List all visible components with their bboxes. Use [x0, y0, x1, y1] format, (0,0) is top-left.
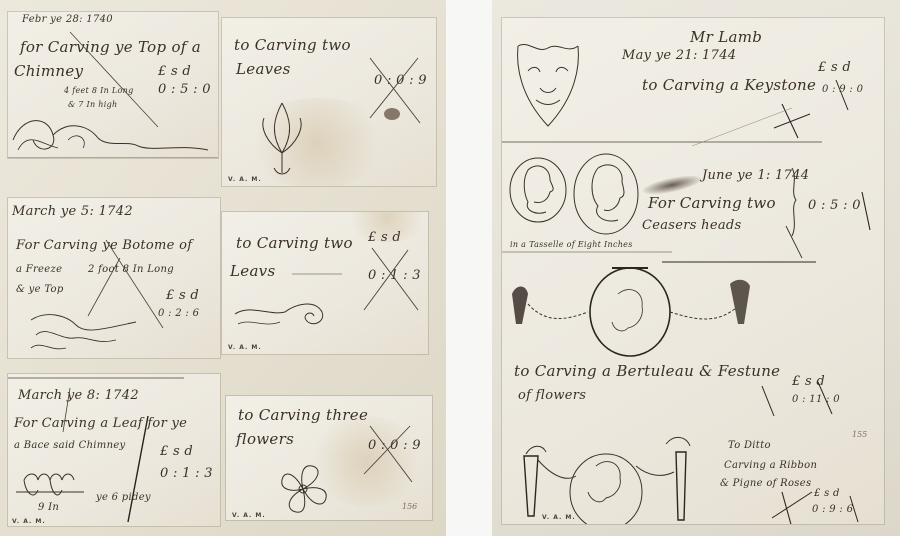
cancellation-cross-icon	[502, 358, 884, 418]
museum-stamp: V. A. M.	[228, 176, 262, 183]
medallion-festoon-sketch-icon	[506, 264, 776, 364]
scrollwork-sketch-icon	[26, 310, 146, 355]
museum-stamp: V. A. M.	[228, 344, 262, 351]
brace-and-cancellation-icon	[502, 148, 884, 268]
museum-stamp: V. A. M.	[12, 518, 46, 525]
ornament-sketch-icon	[14, 470, 94, 510]
account-slip-4: to Carving two Leavs £ s d 0 : 1 : 3 V. …	[222, 212, 428, 354]
cancellation-strokes-icon	[502, 18, 884, 148]
museum-stamp: V. A. M.	[232, 512, 266, 519]
cancellation-cross-icon	[502, 418, 884, 524]
scroll-volute-sketch-icon	[230, 294, 330, 334]
account-slip-2: to Carving two Leaves 0 : 0 : 9 V. A. M.	[222, 18, 436, 186]
scrollwork-sketch-icon	[8, 110, 218, 158]
right-album-page: Mr Lamb May ye 21: 1744 to Carving a Key…	[492, 0, 900, 536]
acanthus-leaf-sketch-icon	[252, 98, 312, 178]
account-slip-mr-lamb: Mr Lamb May ye 21: 1744 to Carving a Key…	[502, 18, 884, 524]
folio-number: 155	[852, 430, 867, 439]
rosette-sketch-icon	[276, 462, 330, 516]
folio-number: 156	[402, 502, 417, 511]
account-slip-3: March ye 5: 1742 For Carving ye Botome o…	[8, 198, 220, 358]
account-slip-6: to Carving three flowers 0 : 0 : 9 156 V…	[226, 396, 432, 520]
account-slip-1: Febr ye 28: 1740 for Carving ye Top of a…	[8, 12, 218, 158]
account-slip-5: March ye 8: 1742 For Carving a Leaf for …	[8, 374, 220, 526]
museum-stamp: V. A. M.	[542, 514, 576, 521]
left-album-page: Febr ye 28: 1740 for Carving ye Top of a…	[0, 0, 446, 536]
page-gutter	[446, 0, 492, 536]
